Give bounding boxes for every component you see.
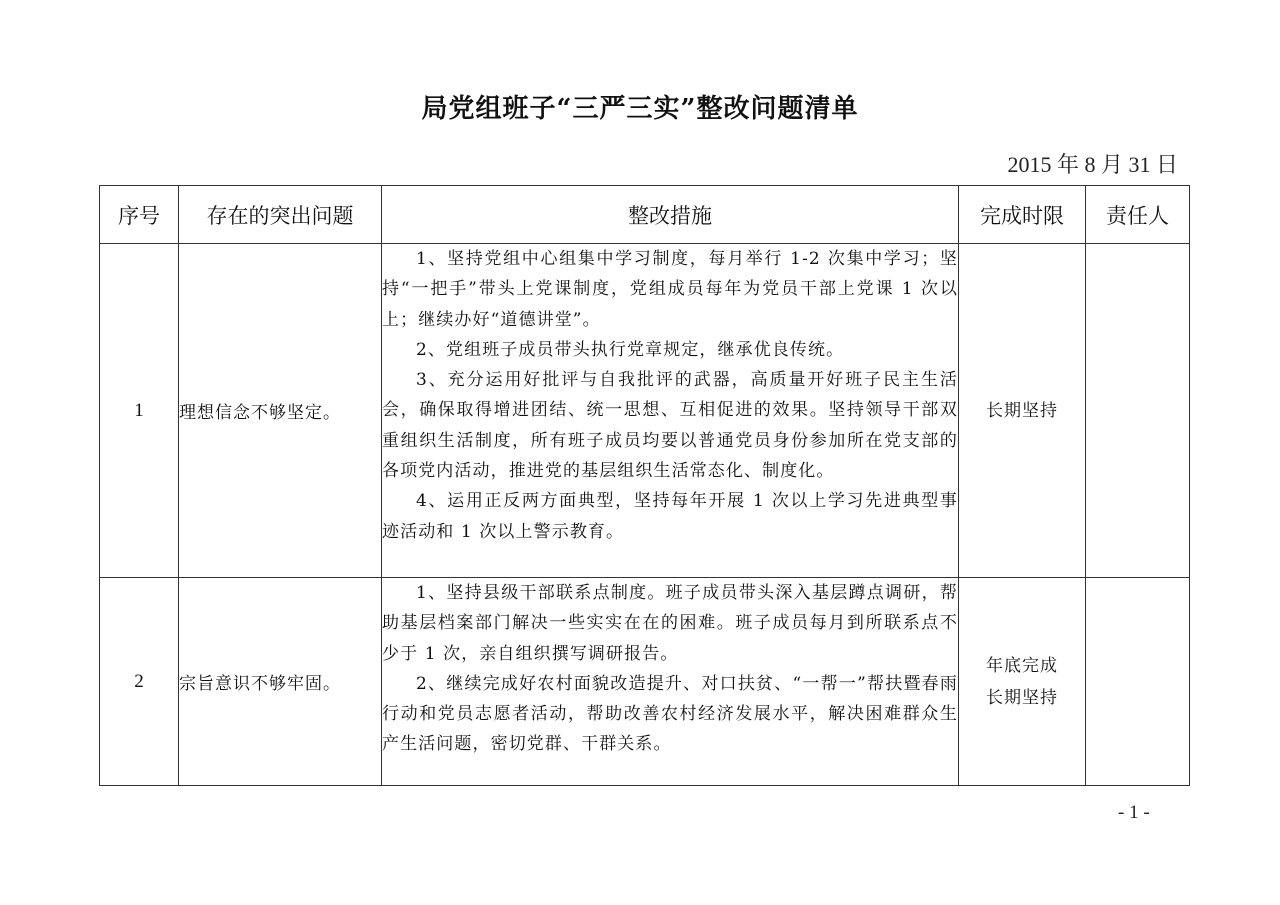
header-number: 序号 [100,186,179,244]
measure-item: 3、充分运用好批评与自我批评的武器，高质量开好班子民主生活会，确保取得增进团结、… [382,365,958,486]
row-measures: 1、坚持县级干部联系点制度。班子成员带头深入基层蹲点调研，帮助基层档案部门解决一… [382,578,959,786]
header-problem: 存在的突出问题 [179,186,382,244]
header-responsible: 责任人 [1086,186,1190,244]
row-number: 2 [100,578,179,786]
row-number: 1 [100,244,179,578]
deadline-text: 长期坚持 [959,395,1085,427]
table-row: 2 宗旨意识不够牢固。 1、坚持县级干部联系点制度。班子成员带头深入基层蹲点调研… [100,578,1190,786]
measure-item: 1、坚持党组中心组集中学习制度，每月举行 1-2 次集中学习；坚持“一把手”带头… [382,244,958,335]
page-number: - 1 - [1118,802,1150,824]
row-problem: 理想信念不够坚定。 [179,244,382,578]
row-deadline: 年底完成 长期坚持 [959,578,1086,786]
document-title: 局党组班子“三严三实”整改问题清单 [0,88,1280,125]
row-problem: 宗旨意识不够牢固。 [179,578,382,786]
row-responsible [1086,578,1190,786]
table-header-row: 序号 存在的突出问题 整改措施 完成时限 责任人 [100,186,1190,244]
table-row: 1 理想信念不够坚定。 1、坚持党组中心组集中学习制度，每月举行 1-2 次集中… [100,244,1190,578]
rectification-table: 序号 存在的突出问题 整改措施 完成时限 责任人 1 理想信念不够坚定。 1、坚… [99,185,1190,786]
header-measures: 整改措施 [382,186,959,244]
deadline-text: 长期坚持 [959,682,1085,714]
measure-item: 2、党组班子成员带头执行党章规定，继承优良传统。 [382,335,958,365]
deadline-text: 年底完成 [959,650,1085,682]
row-deadline: 长期坚持 [959,244,1086,578]
measure-item: 4、运用正反两方面典型，坚持每年开展 1 次以上学习先进典型事迹活动和 1 次以… [382,486,958,547]
document-date: 2015 年 8 月 31 日 [1007,148,1178,179]
header-deadline: 完成时限 [959,186,1086,244]
row-measures: 1、坚持党组中心组集中学习制度，每月举行 1-2 次集中学习；坚持“一把手”带头… [382,244,959,578]
row-responsible [1086,244,1190,578]
measure-item: 2、继续完成好农村面貌改造提升、对口扶贫、“一帮一”帮扶暨春雨行动和党员志愿者活… [382,669,958,760]
measure-item: 1、坚持县级干部联系点制度。班子成员带头深入基层蹲点调研，帮助基层档案部门解决一… [382,578,958,669]
